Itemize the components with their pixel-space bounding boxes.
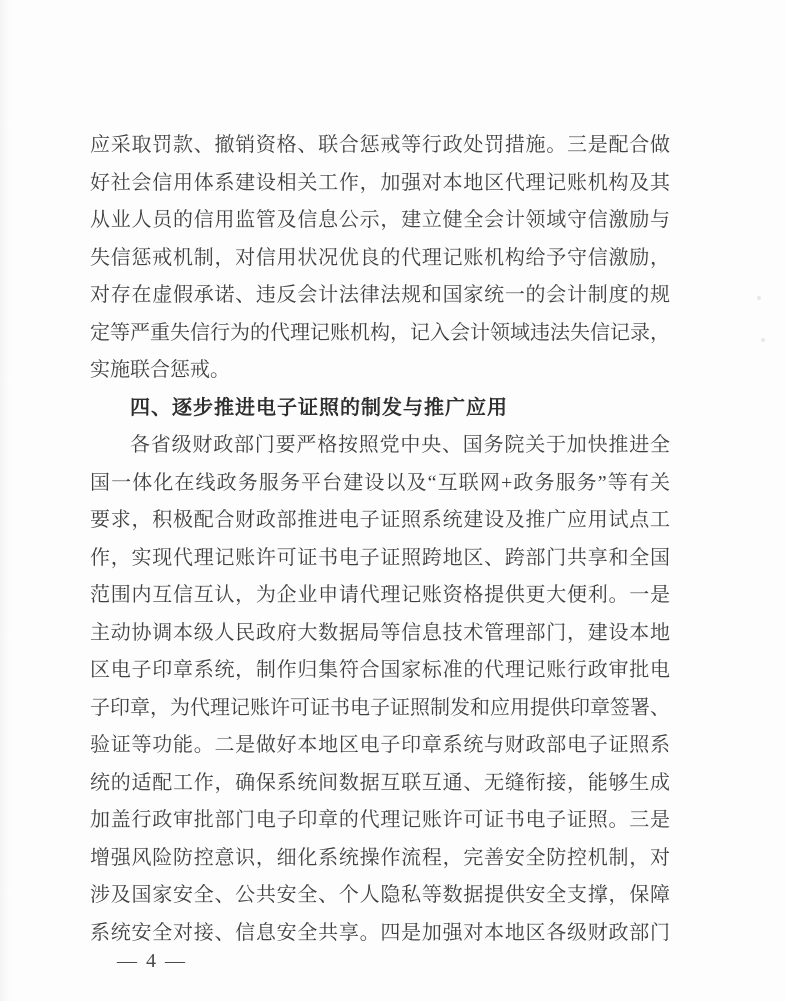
- text-line: 增强风险防控意识，细化系统操作流程，完善安全防控机制，对: [90, 840, 670, 878]
- text-line: 范围内互信互认，为企业申请代理记账资格提供更大便利。一是: [90, 577, 670, 615]
- text-line: 实施联合惩戒。: [90, 352, 670, 390]
- paragraph: 各省级财政部门要严格按照党中央、国务院关于加快推进全国一体化在线政务服务平台建设…: [90, 427, 670, 952]
- text-line: 各省级财政部门要严格按照党中央、国务院关于加快推进全: [90, 427, 670, 465]
- scan-speck: [757, 296, 761, 300]
- text-line: 区电子印章系统，制作归集符合国家标准的代理记账行政审批电: [90, 652, 670, 690]
- paragraph: 应采取罚款、撤销资格、联合惩戒等行政处罚措施。三是配合做好社会信用体系建设相关工…: [90, 127, 670, 390]
- text-line: 主动协调本级人民政府大数据局等信息技术管理部门，建设本地: [90, 615, 670, 653]
- text-line: 要求，积极配合财政部推进电子证照系统建设及推广应用试点工: [90, 502, 670, 540]
- text-line: 失信惩戒机制，对信用状况优良的代理记账机构给予守信激励，: [90, 240, 670, 278]
- text-line: 系统安全对接、信息安全共享。四是加强对本地区各级财政部门: [90, 915, 670, 953]
- text-line: 统的适配工作，确保系统间数据互联互通、无缝衔接，能够生成: [90, 765, 670, 803]
- text-line: 从业人员的信用监管及信息公示，建立健全会计领域守信激励与: [90, 202, 670, 240]
- document-page: 应采取罚款、撤销资格、联合惩戒等行政处罚措施。三是配合做好社会信用体系建设相关工…: [0, 0, 785, 1001]
- heading-text: 四、逐步推进电子证照的制发与推广应用: [90, 390, 670, 428]
- text-line: 国一体化在线政务服务平台建设以及“互联网+政务服务”等有关: [90, 465, 670, 503]
- text-line: 作，实现代理记账许可证书电子证照跨地区、跨部门共享和全国: [90, 540, 670, 578]
- text-line: 验证等功能。二是做好本地区电子印章系统与财政部电子证照系: [90, 727, 670, 765]
- text-line: 涉及国家安全、公共安全、个人隐私等数据提供安全支撑，保障: [90, 877, 670, 915]
- section-heading: 四、逐步推进电子证照的制发与推广应用: [90, 390, 670, 428]
- text-line: 应采取罚款、撤销资格、联合惩戒等行政处罚措施。三是配合做: [90, 127, 670, 165]
- scan-speck: [761, 338, 765, 342]
- document-body: 应采取罚款、撤销资格、联合惩戒等行政处罚措施。三是配合做好社会信用体系建设相关工…: [90, 127, 670, 952]
- text-line: 加盖行政审批部门电子印章的代理记账许可证书电子证照。三是: [90, 802, 670, 840]
- text-line: 子印章，为代理记账许可证书电子证照制发和应用提供印章签署、: [90, 690, 670, 728]
- text-line: 好社会信用体系建设相关工作，加强对本地区代理记账机构及其: [90, 165, 670, 203]
- page-number: — 4 —: [117, 948, 187, 974]
- text-line: 定等严重失信行为的代理记账机构，记入会计领域违法失信记录，: [90, 315, 670, 353]
- text-line: 对存在虚假承诺、违反会计法律法规和国家统一的会计制度的规: [90, 277, 670, 315]
